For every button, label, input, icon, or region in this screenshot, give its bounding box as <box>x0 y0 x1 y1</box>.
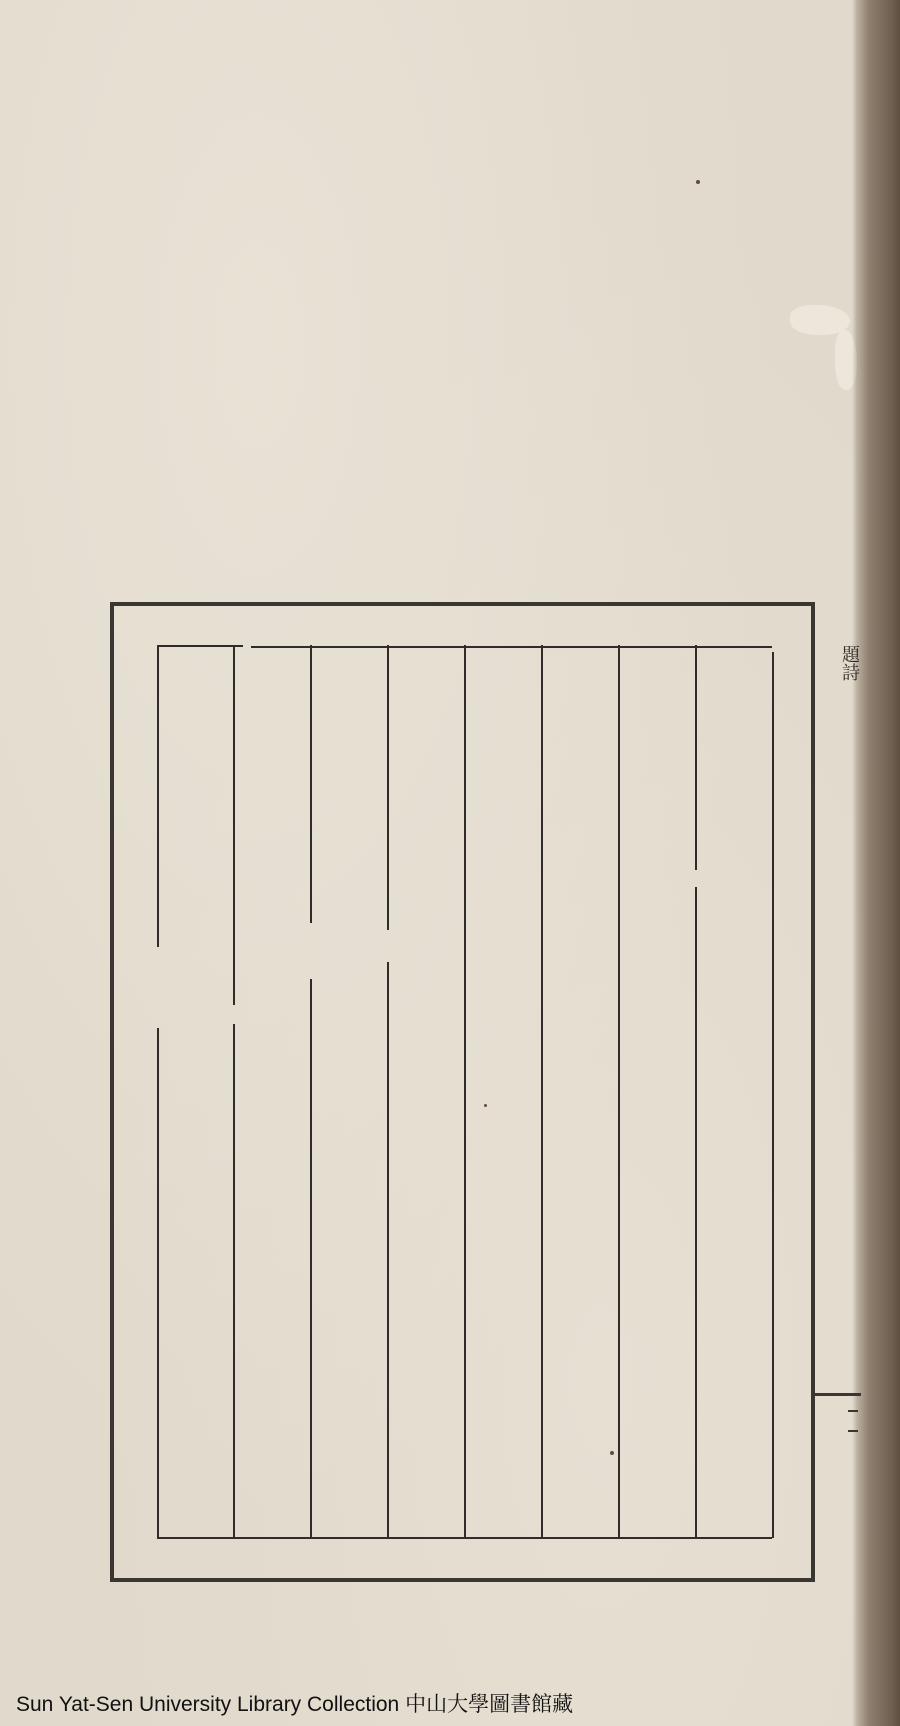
column-line-5 <box>464 645 466 1538</box>
outer-frame <box>110 602 815 1582</box>
fold-title-text: 題詩 <box>838 645 860 681</box>
column-line-2 <box>233 645 235 1005</box>
book-binding-edge <box>858 0 900 1726</box>
column-line-3 <box>310 979 312 1538</box>
column-line-7 <box>618 645 620 1538</box>
caption-english: Sun Yat-Sen University Library Collectio… <box>16 1693 399 1716</box>
caption-chinese: 中山大學圖書館藏 <box>405 1692 573 1716</box>
column-line-6 <box>541 645 543 1538</box>
column-line-8 <box>695 645 697 870</box>
column-line-3 <box>310 645 312 923</box>
paper-speck <box>484 1104 487 1107</box>
column-line-2 <box>233 1024 235 1538</box>
column-line-4 <box>387 962 389 1538</box>
column-line-9 <box>772 652 774 1538</box>
fold-mark <box>848 1410 858 1412</box>
fold-mark <box>848 1430 858 1432</box>
column-line-1 <box>157 645 159 947</box>
column-line-4 <box>387 645 389 930</box>
grid-top-rule <box>251 646 772 648</box>
fold-line-mark <box>815 1393 861 1396</box>
column-line-1 <box>157 1028 159 1538</box>
paper-speck <box>696 180 700 184</box>
paper-speck <box>610 1451 614 1455</box>
column-line-8 <box>695 887 697 1538</box>
library-caption: Sun Yat-Sen University Library Collectio… <box>16 1688 573 1718</box>
grid-top-rule <box>157 645 243 647</box>
